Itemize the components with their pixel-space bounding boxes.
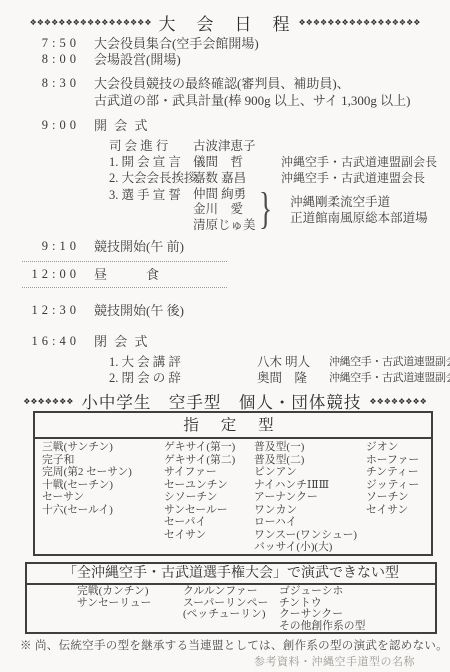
- person-name: 八木 明人: [257, 354, 329, 370]
- oath-name-list: 仲間 絢勇金川 愛清原じゅ美: [193, 187, 259, 234]
- diamond-ornament-right: ❖❖❖❖❖❖❖❖❖❖❖❖❖❖❖❖❖: [299, 18, 421, 27]
- schedule-time: 8:30: [18, 76, 80, 91]
- page-title: 大 会 日 程: [159, 10, 292, 35]
- oath-name: 清原じゅ美: [193, 218, 259, 234]
- document-title-row: ❖❖❖❖❖❖❖❖❖❖❖❖❖❖❖❖❖ 大 会 日 程 ❖❖❖❖❖❖❖❖❖❖❖❖❖❖…: [0, 10, 450, 35]
- schedule-time: 9:10: [18, 239, 80, 254]
- kata-name: クルルンファー: [183, 586, 279, 598]
- kata-name: ワンスー(ワンシュー): [254, 529, 366, 542]
- item-label: 2. 閉 会 の 辞: [109, 370, 257, 386]
- kata-name: 普及型(二): [254, 454, 366, 467]
- prohibited-kata-column-3: ゴジューシホチントウクーサンクーその他創作系の型: [279, 586, 435, 632]
- schedule-description-line2: 古武道の部・武具計量(棒 900g 以上、サイ 1,300g 以上): [94, 93, 411, 110]
- prohibited-kata-table-body: 完戦(カンチン)サンセーリュー クルルンファースーパーリンペー(ペッチューリン)…: [27, 585, 435, 632]
- person-title: 沖縄空手・古武道連盟副会長: [329, 354, 450, 370]
- oath-name: 金川 愛: [193, 202, 259, 218]
- kata-name: チンティー: [366, 466, 431, 479]
- kata-name: バッサイ(小)(大): [254, 541, 366, 554]
- schedule-description-line1: 大会役員競技の最終確認(審判員、補助員)、: [94, 76, 411, 93]
- designated-kata-table-title: 指 定 型: [35, 413, 431, 439]
- designated-kata-table-body: 三戦(サンチン)完子和完周(第2 セーサン)十戦(セーチン)セーサン十六(セール…: [35, 439, 431, 554]
- kata-name: セイサン: [366, 504, 431, 517]
- kata-name: 完周(第2 セーサン): [42, 466, 164, 479]
- kata-name: 完戦(カンチン): [77, 586, 183, 598]
- kata-name: セーパイ: [164, 516, 254, 529]
- schedule-time: 12:00: [18, 267, 80, 282]
- kata-name: ゲキサイ(第一): [164, 441, 254, 454]
- designated-kata-column-2: ゲキサイ(第一)ゲキサイ(第二)サイファーセーユンチンシソーチンサンセールーセー…: [164, 441, 254, 554]
- mc-label: 司 会 進 行: [109, 138, 193, 154]
- schedule-time: 9:00: [18, 118, 80, 133]
- opening-ceremony-title: 開 会 式: [94, 118, 437, 135]
- schedule-description: 大会役員競技の最終確認(審判員、補助員)、 古武道の部・武具計量(棒 900g …: [94, 76, 411, 109]
- kata-section-heading-row: ❖❖❖❖❖❖❖ 小中学生 空手型 個人・団体競技 ❖❖❖❖❖❖❖❖: [0, 389, 450, 413]
- schedule-description: 昼 食: [94, 267, 159, 284]
- dotted-divider: [22, 261, 227, 262]
- designated-kata-column-1: 三戦(サンチン)完子和完周(第2 セーサン)十戦(セーチン)セーサン十六(セール…: [42, 441, 164, 554]
- oath-affiliation: 沖縄剛柔流空手道正道館南風原総本部道場: [290, 194, 428, 226]
- schedule-row-1200-lunch: 12:00 昼 食: [0, 267, 159, 284]
- kata-name: サイファー: [164, 466, 254, 479]
- schedule-row-1230: 12:30 競技開始(午 後): [0, 303, 184, 320]
- opening-ceremony-block: 開 会 式 司 会 進 行 古波津恵子 1. 開 会 宣 言 儀間 哲 沖縄空手…: [94, 118, 437, 233]
- schedule-time: 7:50: [18, 36, 80, 51]
- kata-name: ゲキサイ(第二): [164, 454, 254, 467]
- schedule-description: 競技開始(午 後): [94, 303, 184, 320]
- kata-name: ホーファー: [366, 454, 431, 467]
- affiliation-line: 正道館南風原総本部道場: [290, 210, 428, 226]
- person-name: 儀間 哲: [193, 154, 281, 170]
- schedule-row-0830: 8:30 大会役員競技の最終確認(審判員、補助員)、 古武道の部・武具計量(棒 …: [0, 76, 411, 109]
- kata-name: 十戦(セーチン): [42, 479, 164, 492]
- closing-item-row: 2. 閉 会 の 辞 奥間 隆 沖縄空手・古武道連盟副会長: [109, 370, 450, 386]
- diamond-ornament-right: ❖❖❖❖❖❖❖❖: [369, 397, 426, 406]
- designated-kata-table: 指 定 型 三戦(サンチン)完子和完周(第2 セーサン)十戦(セーチン)セーサン…: [33, 411, 433, 556]
- kata-name: ジッティー: [366, 479, 431, 492]
- schedule-row-0750: 7:50 大会役員集合(空手会館開場): [0, 36, 259, 53]
- kata-name: 普及型(一): [254, 441, 366, 454]
- kata-name: 三戦(サンチン): [42, 441, 164, 454]
- affiliation-line: 沖縄剛柔流空手道: [290, 194, 428, 210]
- schedule-description: 競技開始(午 前): [94, 239, 184, 256]
- schedule-description: 会場設営(開場): [94, 52, 181, 69]
- kata-name: セーユンチン: [164, 479, 254, 492]
- oath-name: 仲間 絢勇: [193, 187, 259, 203]
- kata-name: ワンカン: [254, 504, 366, 517]
- athlete-oath-row: 3. 選 手 宣 誓 仲間 絢勇金川 愛清原じゅ美 } 沖縄剛柔流空手道正道館南…: [109, 187, 437, 234]
- schedule-time: 16:40: [18, 334, 80, 349]
- person-name: 奥間 隆: [257, 370, 329, 386]
- schedule-row-0910: 9:10 競技開始(午 前): [0, 239, 184, 256]
- closing-item-row: 1. 大 会 講 評 八木 明人 沖縄空手・古武道連盟副会長: [109, 354, 450, 370]
- kata-name: セーサン: [42, 491, 164, 504]
- item-label: 2. 大会会長挨拶: [109, 170, 193, 186]
- mc-name: 古波津恵子: [193, 138, 281, 154]
- mc-row: 司 会 進 行 古波津恵子: [109, 138, 437, 154]
- schedule-row-1640-closing-ceremony: 16:40 閉 会 式 1. 大 会 講 評 八木 明人 沖縄空手・古武道連盟副…: [0, 334, 450, 386]
- reference-caption: 参考資料・沖縄空手道型の名称: [254, 653, 415, 669]
- kata-name: サンセーリュー: [77, 598, 183, 610]
- prohibited-kata-table-title: 「全沖縄空手・古武道選手権大会」で演武できない型: [27, 564, 435, 585]
- closing-ceremony-title: 閉 会 式: [94, 334, 450, 351]
- closing-ceremony-block: 閉 会 式 1. 大 会 講 評 八木 明人 沖縄空手・古武道連盟副会長 2. …: [94, 334, 450, 386]
- diamond-ornament-left: ❖❖❖❖❖❖❖: [23, 397, 73, 406]
- dotted-divider: [22, 287, 227, 288]
- kata-name: ジオン: [366, 441, 431, 454]
- footnote: ※ 尚、伝統空手の型を継承する当連盟としては、創作系の型の演武を認めない。: [20, 637, 448, 653]
- item-label: 3. 選 手 宣 誓: [109, 187, 193, 203]
- grouping-brace: }: [259, 186, 272, 232]
- person-title: 沖縄空手・古武道連盟会長: [281, 170, 425, 186]
- schedule-row-0900-opening-ceremony: 9:00 開 会 式 司 会 進 行 古波津恵子 1. 開 会 宣 言 儀間 哲…: [0, 118, 437, 233]
- prohibited-kata-column-2: クルルンファースーパーリンペー(ペッチューリン): [183, 586, 279, 632]
- scanned-document-page: ❖❖❖❖❖❖❖❖❖❖❖❖❖❖❖❖❖ 大 会 日 程 ❖❖❖❖❖❖❖❖❖❖❖❖❖❖…: [0, 0, 450, 672]
- kata-name: 完子和: [42, 454, 164, 467]
- designated-kata-column-4: ジオンホーファーチンティージッティーソーチンセイサン: [366, 441, 431, 554]
- prohibited-kata-table: 「全沖縄空手・古武道選手権大会」で演武できない型 完戦(カンチン)サンセーリュー…: [25, 562, 437, 634]
- kata-name: アーナンクー: [254, 491, 366, 504]
- schedule-row-0800: 8:00 会場設営(開場): [0, 52, 181, 69]
- kata-section-heading: 小中学生 空手型 個人・団体競技: [81, 389, 361, 413]
- item-label: 1. 開 会 宣 言: [109, 154, 193, 170]
- opening-item-row: 1. 開 会 宣 言 儀間 哲 沖縄空手・古武道連盟副会長: [109, 154, 437, 170]
- kata-name: セイサン: [164, 529, 254, 542]
- kata-name: 十六(セールイ): [42, 504, 164, 517]
- kata-name: クーサンクー: [279, 609, 435, 621]
- schedule-time: 8:00: [18, 52, 80, 67]
- kata-name: ローハイ: [254, 516, 366, 529]
- kata-name: ソーチン: [366, 491, 431, 504]
- item-label: 1. 大 会 講 評: [109, 354, 257, 370]
- prohibited-kata-column-1: 完戦(カンチン)サンセーリュー: [77, 586, 183, 632]
- kata-name: ゴジューシホ: [279, 586, 435, 598]
- kata-name: ピンアン: [254, 466, 366, 479]
- designated-kata-column-3: 普及型(一)普及型(二)ピンアンナイハンチⅠⅡⅢアーナンクーワンカンローハイワン…: [254, 441, 366, 554]
- diamond-ornament-left: ❖❖❖❖❖❖❖❖❖❖❖❖❖❖❖❖❖: [30, 18, 152, 27]
- opening-item-row: 2. 大会会長挨拶 嘉数 嘉昌 沖縄空手・古武道連盟会長: [109, 170, 437, 186]
- kata-name: サンセールー: [164, 504, 254, 517]
- person-title: 沖縄空手・古武道連盟副会長: [281, 154, 437, 170]
- schedule-time: 12:30: [18, 303, 80, 318]
- kata-name: その他創作系の型: [279, 621, 435, 633]
- kata-name: ナイハンチⅠⅡⅢ: [254, 479, 366, 492]
- schedule-description: 大会役員集合(空手会館開場): [94, 36, 259, 53]
- kata-name: (ペッチューリン): [183, 609, 279, 621]
- kata-name: シソーチン: [164, 491, 254, 504]
- person-title: 沖縄空手・古武道連盟副会長: [329, 370, 450, 386]
